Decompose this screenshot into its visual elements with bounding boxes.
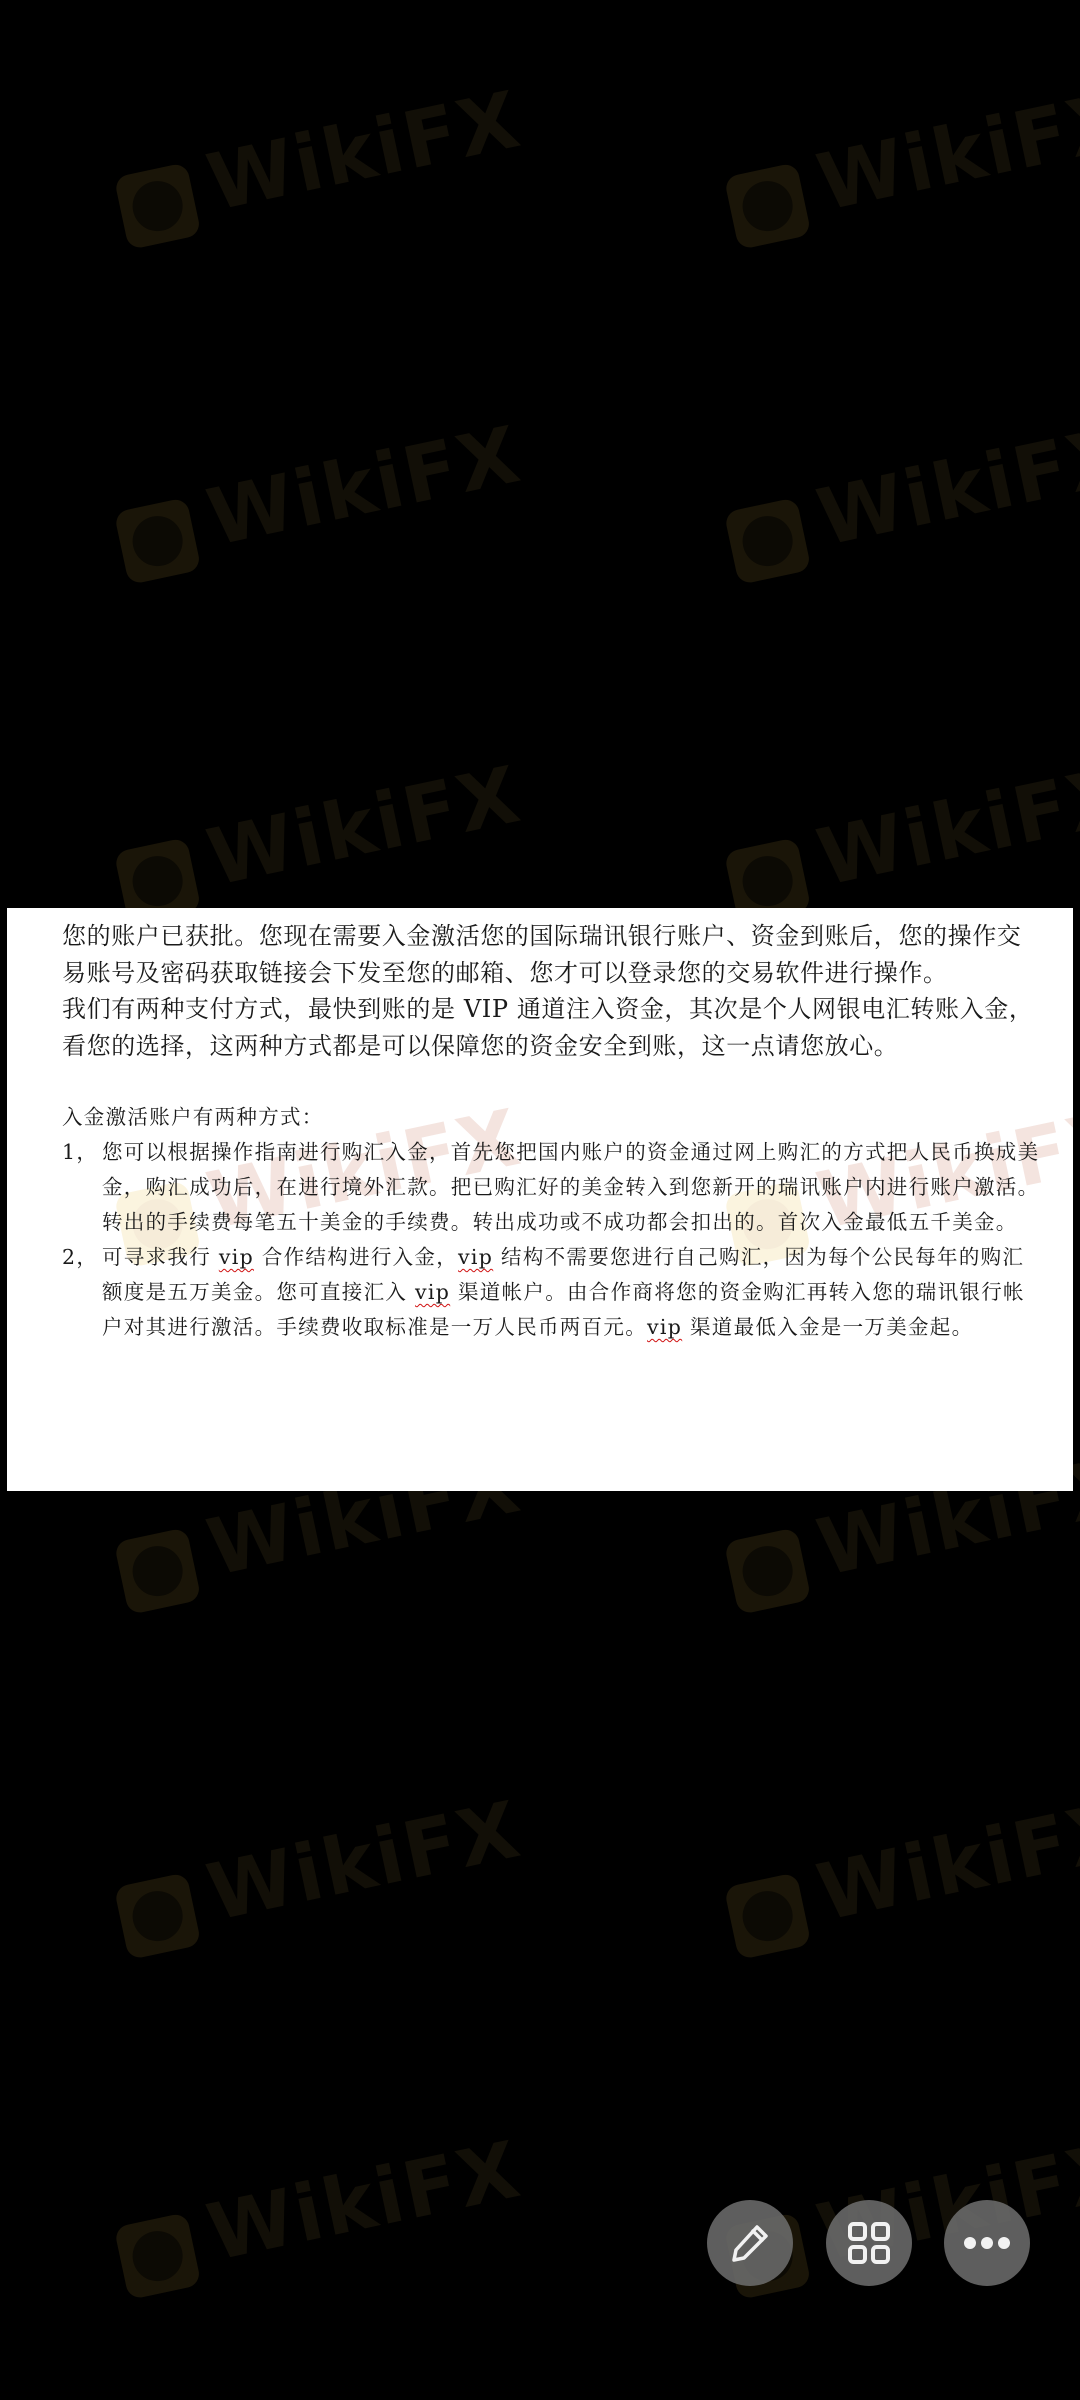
watermark-text: WikiFX	[201, 416, 527, 558]
wikifx-eagle-logo-icon	[114, 2212, 202, 2300]
wikifx-eagle-logo-icon	[724, 162, 812, 250]
watermark-text: WikiFX	[811, 416, 1080, 558]
list-number: 2，	[62, 1240, 102, 1345]
watermark: WikiFX	[720, 91, 1066, 267]
watermark: WikiFX	[110, 426, 456, 602]
watermark: WikiFX	[720, 1801, 1066, 1977]
wikifx-eagle-logo-icon	[114, 497, 202, 585]
watermark-text: WikiFX	[811, 81, 1080, 223]
image-viewer[interactable]: WikiFX WikiFX WikiFX WikiFX WikiFX WikiF…	[0, 0, 1080, 2400]
more-button[interactable]	[944, 2200, 1030, 2286]
pencil-icon	[727, 2220, 773, 2266]
watermark-text: WikiFX	[201, 2131, 527, 2273]
watermark-text: WikiFX	[201, 1791, 527, 1933]
document-body: 您的账户已获批。您现在需要入金激活您的国际瑞讯银行账户、资金到账后，您的操作交易…	[7, 908, 1073, 1345]
watermark-text: WikiFX	[201, 756, 527, 898]
list-item-2: 2， 可寻求我行 vip 合作结构进行入金，vip 结构不需要您进行自己购汇，因…	[62, 1240, 1043, 1345]
spellcheck-word: vip	[647, 1315, 682, 1339]
list-heading: 入金激活账户有两种方式：	[62, 1100, 1043, 1135]
wikifx-eagle-logo-icon	[724, 497, 812, 585]
list-item-1: 1， 您可以根据操作指南进行购汇入金，首先您把国内账户的资金通过网上购汇的方式把…	[62, 1135, 1043, 1240]
more-dots-icon	[962, 2233, 1012, 2253]
wikifx-eagle-logo-icon	[114, 1527, 202, 1615]
list-number: 1，	[62, 1135, 102, 1240]
grid-icon	[846, 2220, 892, 2266]
spellcheck-word: vip	[458, 1245, 493, 1269]
grid-button[interactable]	[826, 2200, 912, 2286]
wikifx-eagle-logo-icon	[114, 1872, 202, 1960]
paragraph-approval: 您的账户已获批。您现在需要入金激活您的国际瑞讯银行账户、资金到账后，您的操作交易…	[62, 918, 1043, 991]
watermark: WikiFX	[720, 426, 1066, 602]
watermark-text: WikiFX	[811, 1791, 1080, 1933]
edit-button[interactable]	[707, 2200, 793, 2286]
document-image[interactable]: WikiFX WikiFX 您的账户已获批。您现在需要入金激活您的国际瑞讯银行账…	[7, 908, 1073, 1491]
paragraph-payment-methods: 我们有两种支付方式，最快到账的是 VIP 通道注入资金，其次是个人网银电汇转账入…	[62, 991, 1043, 1064]
wikifx-eagle-logo-icon	[724, 1872, 812, 1960]
spellcheck-word: vip	[219, 1245, 254, 1269]
watermark-text: WikiFX	[811, 756, 1080, 898]
wikifx-eagle-logo-icon	[114, 162, 202, 250]
watermark-text: WikiFX	[201, 81, 527, 223]
list-text: 您可以根据操作指南进行购汇入金，首先您把国内账户的资金通过网上购汇的方式把人民币…	[102, 1135, 1043, 1240]
spellcheck-word: vip	[415, 1280, 450, 1304]
watermark: WikiFX	[110, 91, 456, 267]
watermark: WikiFX	[110, 2141, 456, 2317]
wikifx-eagle-logo-icon	[724, 1527, 812, 1615]
watermark: WikiFX	[110, 1801, 456, 1977]
list-text: 可寻求我行 vip 合作结构进行入金，vip 结构不需要您进行自己购汇，因为每个…	[102, 1240, 1043, 1345]
